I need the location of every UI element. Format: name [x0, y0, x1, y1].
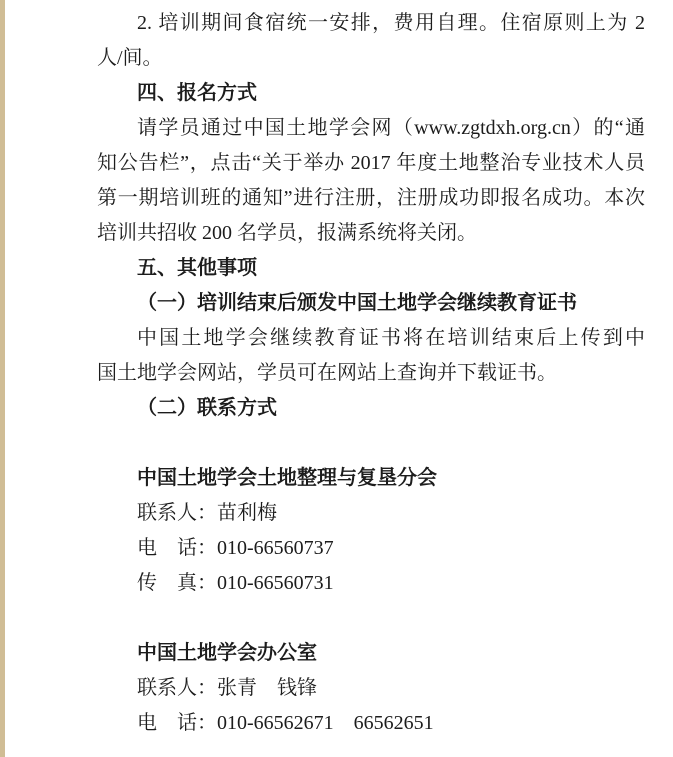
- section5-heading: 五、其他事项: [97, 251, 645, 286]
- section5-sub1-line-2: 国土地学会网站，学员可在网站上查询并下载证书。: [97, 356, 645, 391]
- section4-line-3: 第一期培训班的通知”进行注册，注册成功即报名成功。本次: [97, 181, 645, 216]
- section4-line-2: 知公告栏”，点击“关于举办 2017 年度土地整治专业技术人员: [97, 146, 645, 181]
- contact2-phone: 电 话：010-66562671 66562651: [97, 706, 645, 741]
- contact1-org: 中国土地学会土地整理与复垦分会: [97, 461, 645, 496]
- section5-sub1-heading: （一）培训结束后颁发中国土地学会继续教育证书: [97, 286, 645, 321]
- document-body: 2. 培训期间食宿统一安排，费用自理。住宿原则上为 2 人/间。 四、报名方式 …: [97, 6, 645, 741]
- contact1-phone: 电 话：010-66560737: [97, 531, 645, 566]
- contact2-person: 联系人：张青 钱锋: [97, 671, 645, 706]
- section4-line-1: 请学员通过中国土地学会网（www.zgtdxh.org.cn）的“通: [97, 111, 645, 146]
- section5-sub1-line-1: 中国土地学会继续教育证书将在培训结束后上传到中: [97, 321, 645, 356]
- page-edge-strip: [0, 0, 5, 757]
- section5-sub2-heading: （二）联系方式: [97, 391, 645, 426]
- contact1-person: 联系人：苗利梅: [97, 496, 645, 531]
- blank-line: [97, 426, 645, 461]
- item2-line-1: 2. 培训期间食宿统一安排，费用自理。住宿原则上为 2: [97, 6, 645, 41]
- document-page: 2. 培训期间食宿统一安排，费用自理。住宿原则上为 2 人/间。 四、报名方式 …: [0, 0, 673, 757]
- section4-line-4: 培训共招收 200 名学员，报满系统将关闭。: [97, 216, 645, 251]
- section4-heading: 四、报名方式: [97, 76, 645, 111]
- item2-line-2: 人/间。: [97, 41, 645, 76]
- contact2-org: 中国土地学会办公室: [97, 636, 645, 671]
- blank-line: [97, 601, 645, 636]
- contact1-fax: 传 真：010-66560731: [97, 566, 645, 601]
